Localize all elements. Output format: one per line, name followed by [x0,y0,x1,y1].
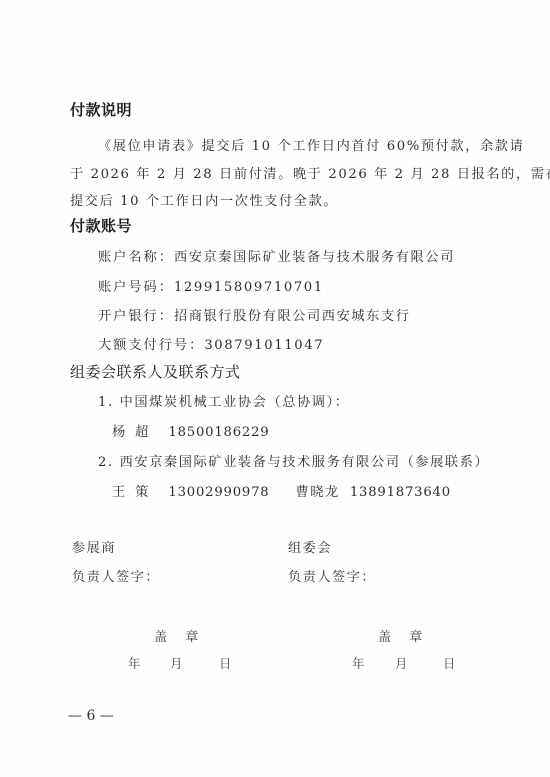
contact-org-1-person: 杨超18500186229 [112,421,269,440]
contact-org-2-title: 2. 西安京秦国际矿业装备与技术服务有限公司（参展联系） [98,451,489,470]
payment-terms-line-2: 于 2026 年 2 月 28 日前付清。晚于 2026 年 2 月 28 日报… [70,163,550,182]
contact-org-1-title: 1. 中国煤炭机械工业协会（总协调）： [98,391,350,410]
account-number-label: 账户号码： [98,280,174,295]
exhibitor-seal-label: 盖章 [154,626,216,645]
contact-name: 王策 [112,481,158,500]
page-number: — 6 — [68,708,114,724]
exhibitor-party-label: 参展商 [72,537,116,556]
payment-terms-heading: 付款说明 [70,99,132,120]
swift-code-value: 308791011047 [204,338,324,353]
contact-org-2-people: 王策13002990978曹晓龙13891873640 [112,481,451,500]
swift-code-row: 大额支付行号：308791011047 [98,334,324,353]
swift-code-label: 大额支付行号： [98,338,204,353]
payment-terms-line-3: 提交后 10 个工作日内一次性支付全款。 [70,190,338,209]
bank-label: 开户银行： [98,309,174,324]
committee-party-label: 组委会 [288,537,332,556]
contacts-heading: 组委会联系人及联系方式 [70,361,241,382]
contact-phone: 13002990978 [168,485,269,500]
committee-date-row: 年 月 日 [0,654,550,674]
date-year-label: 年 [352,654,365,672]
account-name-row: 账户名称：西安京秦国际矿业装备与技术服务有限公司 [98,246,455,265]
committee-seal-label: 盖章 [378,626,440,645]
account-name-value: 西安京秦国际矿业装备与技术服务有限公司 [174,250,455,265]
payment-terms-line-1: 《展位申请表》提交后 10 个工作日内首付 60%预付款，余款请 [98,135,524,154]
contact-name: 曹晓龙 [295,485,339,500]
document-page: 付款说明 《展位申请表》提交后 10 个工作日内首付 60%预付款，余款请 于 … [0,0,550,777]
committee-signer-label: 负责人签字： [288,566,376,585]
account-name-label: 账户名称： [98,250,174,265]
account-number-value: 129915809710701 [174,280,324,295]
date-day-label: 日 [443,654,456,672]
payment-account-heading: 付款账号 [70,215,132,236]
date-month-label: 月 [395,654,408,672]
bank-row: 开户银行：招商银行股份有限公司西安城东支行 [98,305,411,324]
contact-phone: 13891873640 [350,485,451,500]
account-number-row: 账户号码：129915809710701 [98,276,324,295]
exhibitor-signer-label: 负责人签字： [72,566,160,585]
bank-value: 招商银行股份有限公司西安城东支行 [174,309,411,324]
contact-name: 杨超 [112,421,158,440]
contact-phone: 18500186229 [168,425,269,440]
